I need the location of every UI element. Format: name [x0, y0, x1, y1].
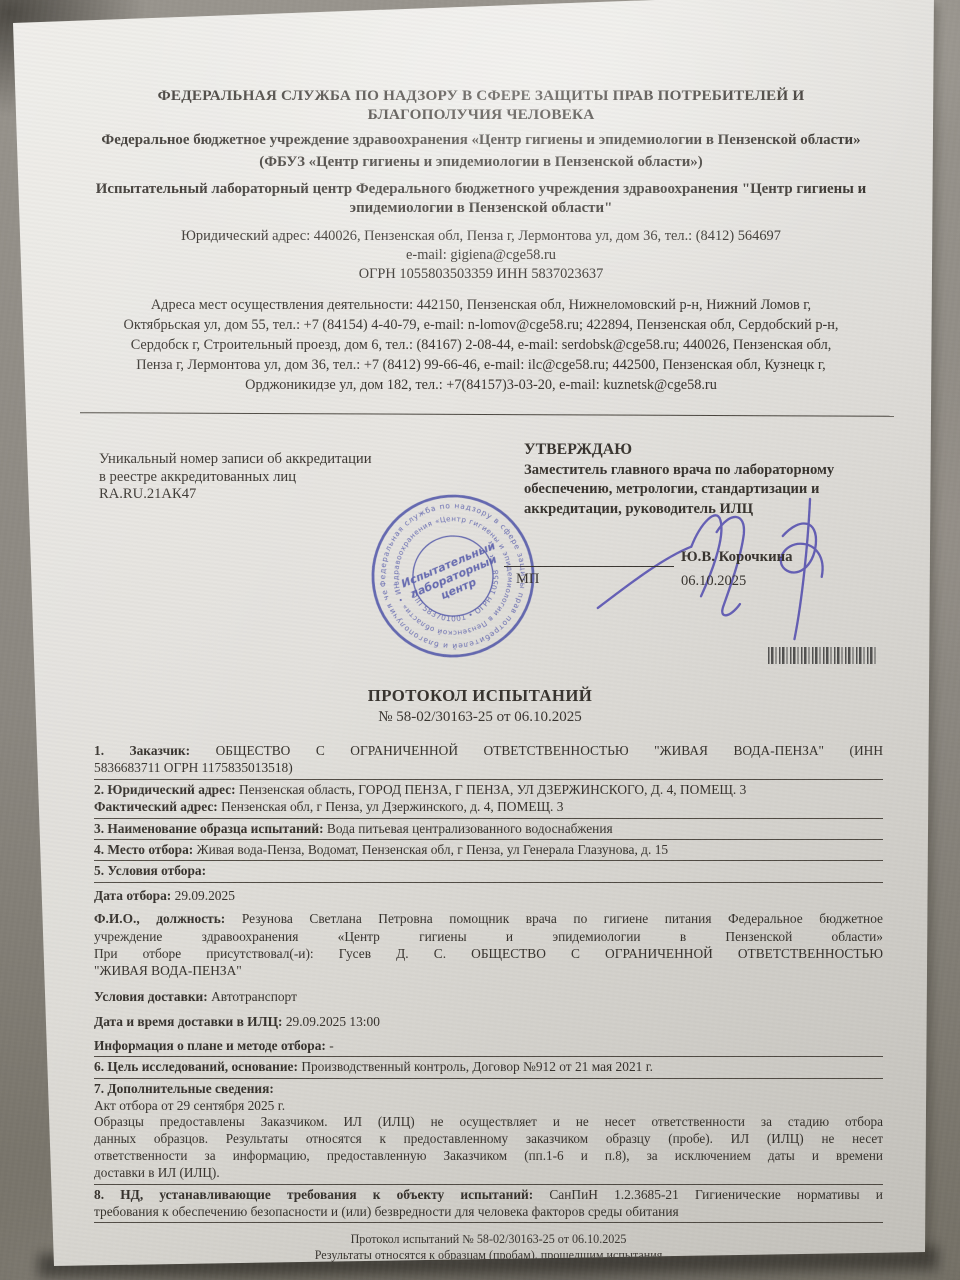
- stamp-place-label: МП: [516, 571, 539, 588]
- activity-addresses: Адреса мест осуществления деятельности: …: [92, 295, 870, 395]
- header-divider-line: [80, 412, 894, 417]
- field-sample-name: 3. Наименование образца испытаний: Вода …: [94, 819, 883, 840]
- signature-line: [504, 566, 674, 567]
- field-value: Резунова Светлана Петровна помощник врач…: [242, 911, 883, 926]
- protocol-number: № 58-02/30163-25 от 06.10.2025: [90, 708, 870, 727]
- field-legal-address: 2. Юридический адрес: Пензенская область…: [94, 780, 883, 819]
- field-normative-documents: 8. НД, устанавливающие требования к объе…: [94, 1185, 883, 1224]
- field-label: 8. НД, устанавливающие требования к объе…: [94, 1187, 533, 1202]
- field-value: 5836683711 ОГРН 1175835013518): [94, 760, 293, 775]
- lab-center-name: Испытательный лабораторный центр Федерал…: [92, 180, 870, 218]
- field-sampling-plan: Информация о плане и методе отбора: -: [94, 1036, 883, 1057]
- field-label: Фактический адрес:: [94, 799, 218, 814]
- field-value: Образцы предоставлены Заказчиком. ИЛ (ИЛ…: [94, 1114, 883, 1129]
- activity-address-line: Адреса мест осуществления деятельности: …: [92, 295, 870, 315]
- field-value: Пензенская обл, г Пенза, ул Дзержинского…: [221, 799, 563, 814]
- field-value: Производственный контроль, Договор №912 …: [301, 1059, 653, 1074]
- field-label: Условия доставки:: [94, 989, 208, 1004]
- approver-name: Ю.В. Корочкина: [681, 549, 793, 566]
- barcode: [768, 647, 876, 664]
- activity-address-line: Сердобск г, Строительный проезд, дом 6, …: [92, 335, 870, 355]
- field-sampling-place: 4. Место отбора: Живая вода-Пенза, Водом…: [94, 840, 883, 861]
- accreditation-line: в реестре аккредитованных лиц: [99, 469, 429, 487]
- field-value: учреждение здравоохранения «Центр гигиен…: [94, 929, 883, 944]
- field-label: 1. Заказчик:: [94, 743, 190, 758]
- field-value: требования к обеспечению безопасности и …: [94, 1204, 679, 1219]
- field-value: -: [329, 1038, 333, 1053]
- field-label: 2. Юридический адрес:: [94, 782, 236, 797]
- field-customer: 1. Заказчик: ОБЩЕСТВО С ОГРАНИЧЕННОЙ ОТВ…: [94, 741, 883, 780]
- signature-ink: [592, 492, 884, 650]
- accreditation-block: Уникальный номер записи об аккредитации …: [99, 451, 429, 504]
- field-research-purpose: 6. Цель исследований, основание: Произво…: [94, 1057, 883, 1078]
- accreditation-line: Уникальный номер записи об аккредитации: [99, 451, 429, 469]
- field-label: 5. Условия отбора:: [94, 863, 206, 878]
- email-line: e-mail: gigiena@cge58.ru: [92, 246, 870, 265]
- field-label: Ф.И.О., должность:: [94, 911, 225, 926]
- field-label: Информация о плане и методе отбора:: [94, 1038, 326, 1053]
- document-paper: ФЕДЕРАЛЬНАЯ СЛУЖБА ПО НАДЗОРУ В СФЕРЕ ЗА…: [0, 0, 960, 1280]
- field-value: При отборе присутствовал(-и): Гусев Д. С…: [94, 946, 883, 961]
- approval-title: УТВЕРЖДАЮ: [524, 440, 882, 459]
- footer-line: Протокол испытаний № 58-02/30163-25 от 0…: [94, 1232, 883, 1248]
- field-value: "ЖИВАЯ ВОДА-ПЕНЗА": [94, 963, 242, 978]
- field-label: Дата отбора:: [94, 888, 171, 903]
- field-value: ОБЩЕСТВО С ОГРАНИЧЕННОЙ ОТВЕТСТВЕННОСТЬЮ…: [216, 743, 883, 758]
- field-value: Акт отбора от 29 сентября 2025 г.: [94, 1098, 285, 1113]
- field-label: 6. Цель исследований, основание:: [94, 1059, 298, 1074]
- field-value: 29.09.2025: [175, 888, 235, 903]
- protocol-title-block: ПРОТОКОЛ ИСПЫТАНИЙ № 58-02/30163-25 от 0…: [90, 686, 870, 727]
- field-value: 29.09.2025 13:00: [286, 1014, 380, 1029]
- field-label: 4. Место отбора:: [94, 842, 193, 857]
- field-value: Живая вода-Пенза, Водомат, Пензенская об…: [197, 842, 668, 857]
- field-label: 3. Наименование образца испытаний:: [94, 821, 324, 836]
- institution-name: Федеральное бюджетное учреждение здравоо…: [92, 131, 870, 150]
- field-label: 7. Дополнительные сведения:: [94, 1081, 274, 1096]
- activity-address-line: Октябрьская ул, дом 55, тел.: +7 (84154)…: [92, 315, 870, 335]
- field-additional-info: 7. Дополнительные сведения: Акт отбора о…: [94, 1079, 883, 1185]
- field-value: Пензенская область, ГОРОД ПЕНЗА, Г ПЕНЗА…: [239, 782, 746, 797]
- legal-address-line: Юридический адрес: 440026, Пензенская об…: [92, 227, 870, 246]
- field-sampling-conditions-header: 5. Условия отбора:: [94, 861, 883, 882]
- field-value: ответственности за информацию, предостав…: [94, 1148, 883, 1163]
- field-delivery-conditions: Условия доставки: Автотранспорт: [94, 987, 883, 1007]
- activity-address-line: Пенза г, Лермонтова ул, дом 36, тел.: +7…: [92, 355, 870, 375]
- approval-date: 06.10.2025: [681, 573, 746, 590]
- field-value: Автотранспорт: [211, 989, 297, 1004]
- field-sampler-fio: Ф.И.О., должность: Резунова Светлана Пет…: [94, 909, 883, 982]
- field-value: СанПиН 1.2.3685-21 Гигиенические нормати…: [549, 1187, 883, 1202]
- ogrn-inn-line: ОГРН 1055803503359 ИНН 5837023637: [92, 265, 870, 284]
- field-sampling-date: Дата отбора: 29.09.2025: [94, 886, 883, 906]
- institution-abbreviation: (ФБУЗ «Центр гигиены и эпидемиологии в П…: [92, 153, 870, 172]
- field-value: данных образцов. Результаты относятся к …: [94, 1131, 883, 1146]
- activity-address-line: Орджоникидзе ул, дом 182, тел.: +7(84157…: [92, 375, 870, 395]
- field-value: Вода питьевая централизованного водоснаб…: [327, 821, 613, 836]
- protocol-title: ПРОТОКОЛ ИСПЫТАНИЙ: [90, 686, 870, 706]
- document-header: ФЕДЕРАЛЬНАЯ СЛУЖБА ПО НАДЗОРУ В СФЕРЕ ЗА…: [92, 86, 870, 395]
- field-label: Дата и время доставки в ИЛЦ:: [94, 1014, 282, 1029]
- field-delivery-datetime: Дата и время доставки в ИЛЦ: 29.09.2025 …: [94, 1012, 883, 1032]
- agency-name: ФЕДЕРАЛЬНАЯ СЛУЖБА ПО НАДЗОРУ В СФЕРЕ ЗА…: [92, 86, 870, 124]
- protocol-body: 1. Заказчик: ОБЩЕСТВО С ОГРАНИЧЕННОЙ ОТВ…: [94, 741, 883, 1280]
- field-value: доставки в ИЛ (ИЛЦ).: [94, 1165, 220, 1180]
